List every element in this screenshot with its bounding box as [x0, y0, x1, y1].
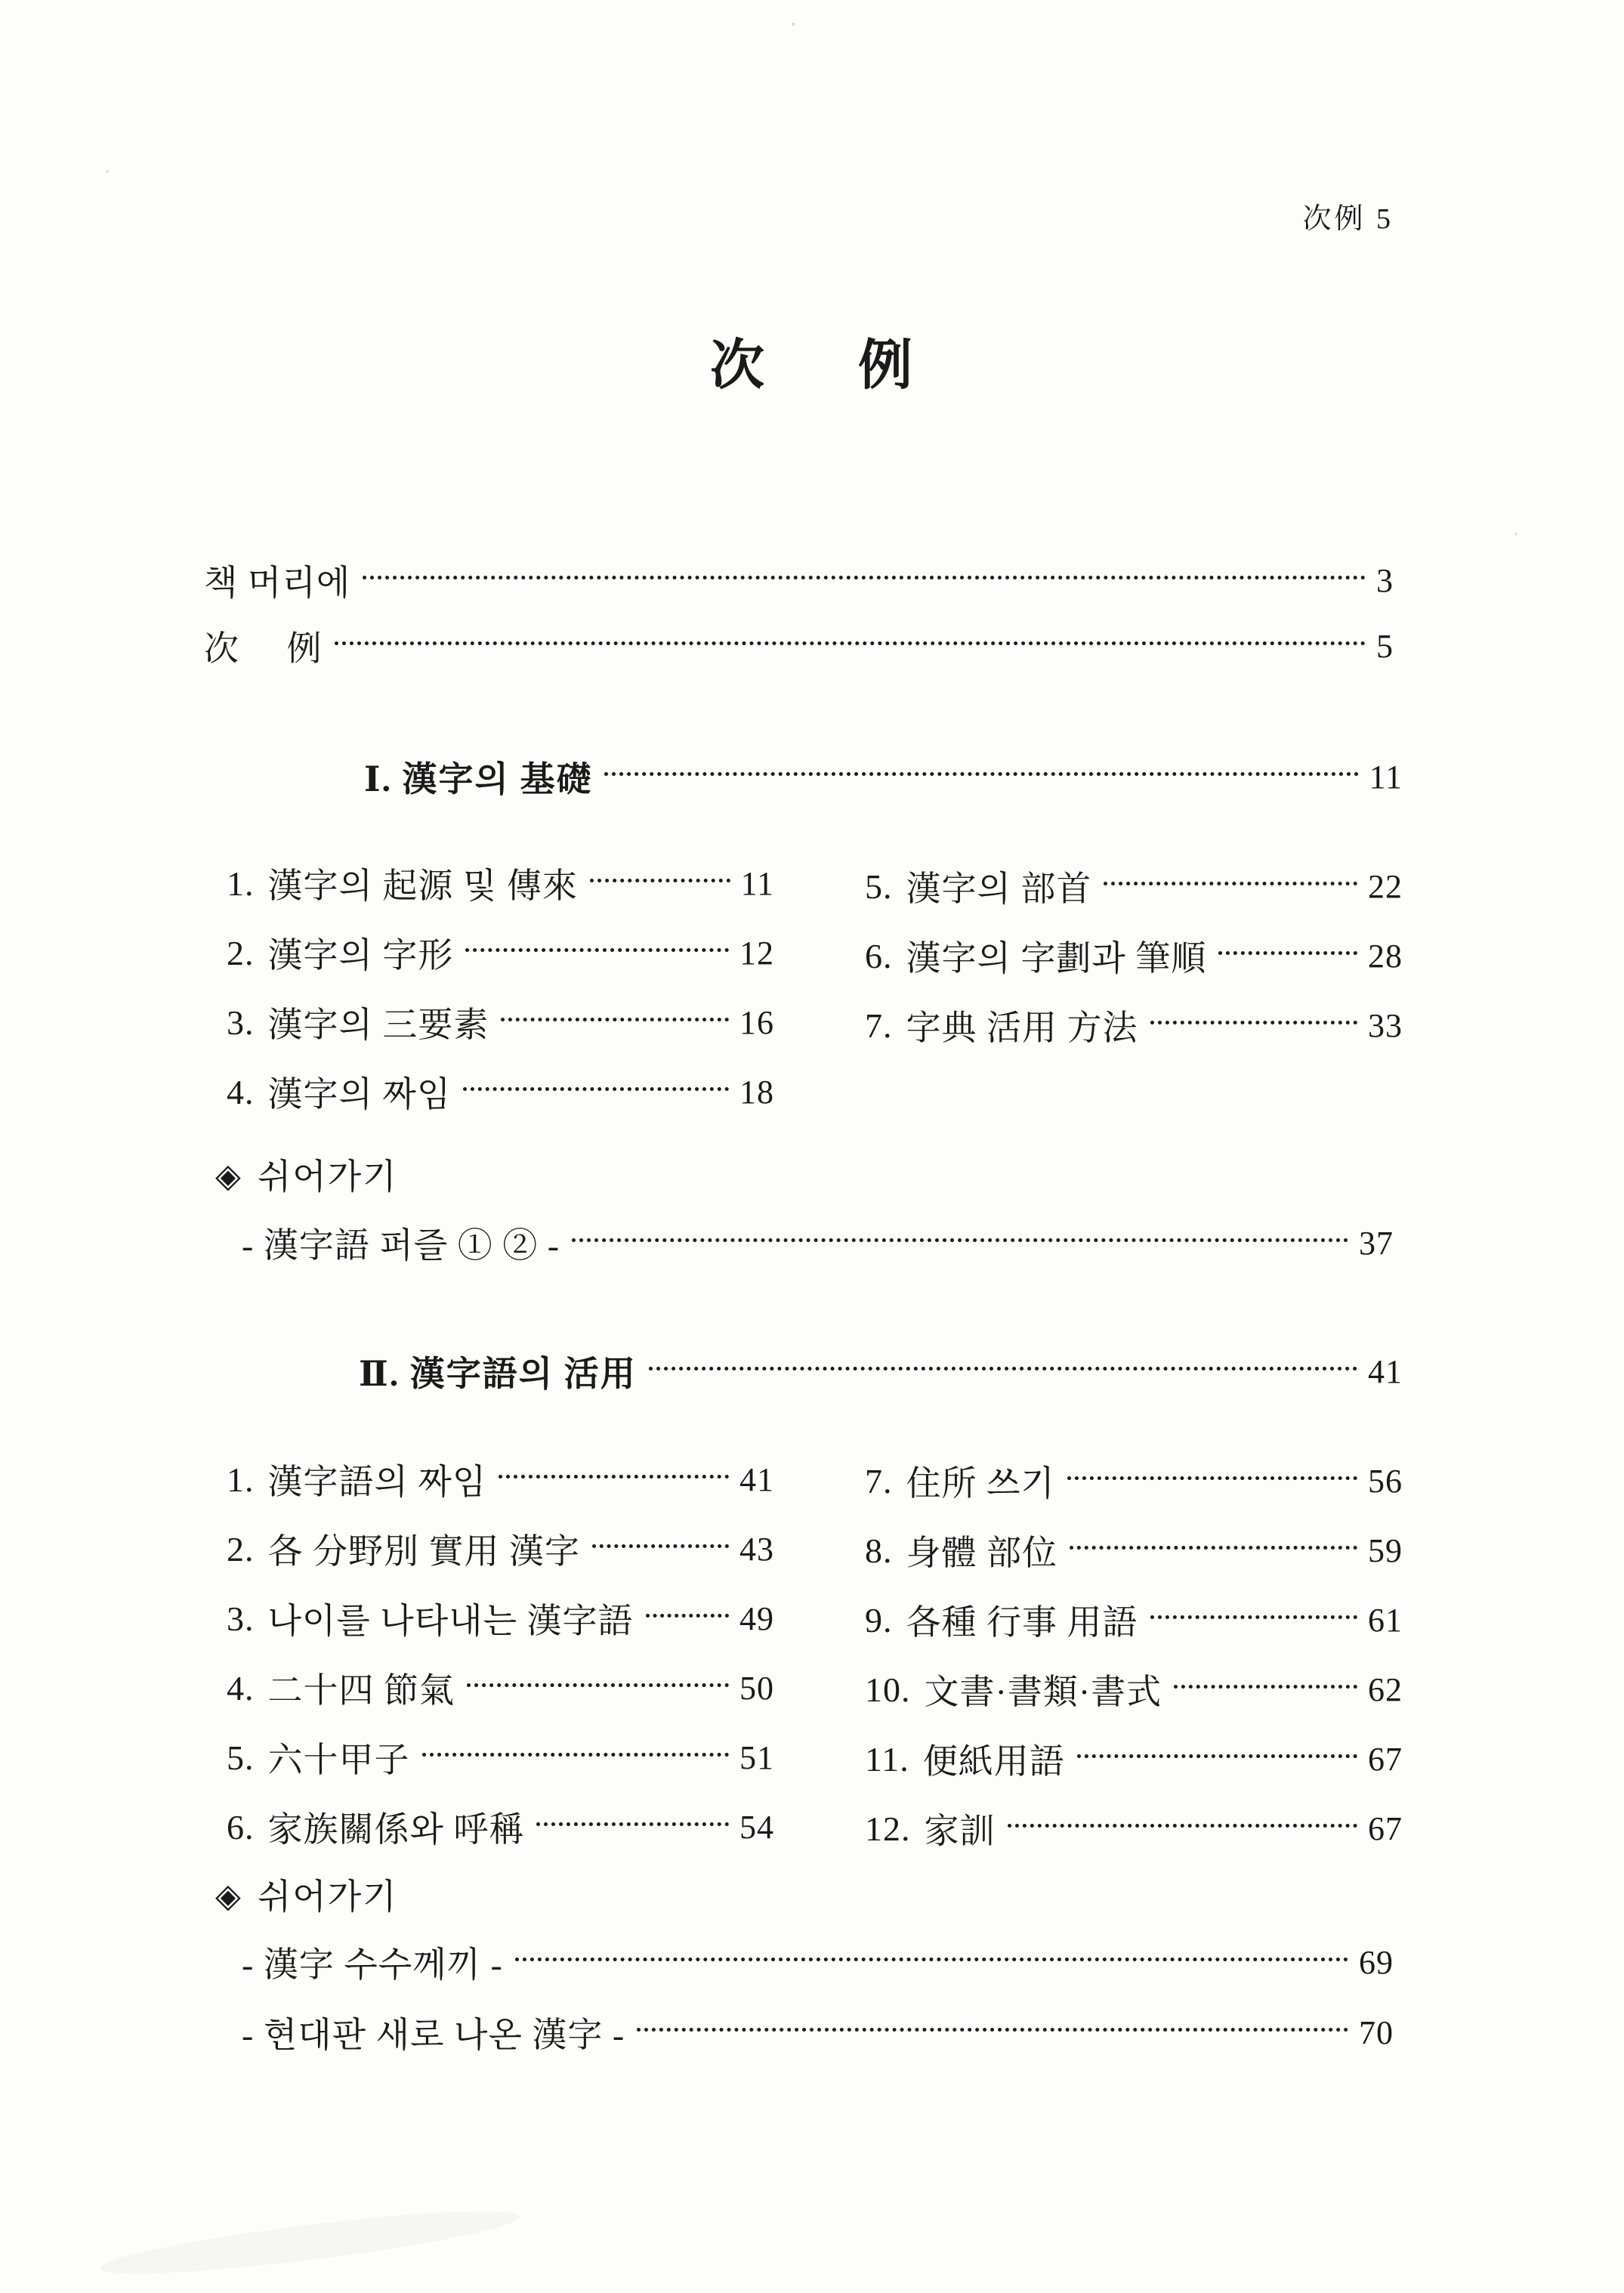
toc-entry-break-item: - 현대판 새로 나온 漢字 - 70	[242, 2013, 1394, 2052]
dot-leader	[363, 576, 1366, 579]
toc-entry-number: 4.	[227, 1668, 255, 1708]
toc-entry-label: 家訓	[925, 1803, 996, 1853]
toc-entry-label: 二十四 節氣	[268, 1663, 455, 1713]
toc-entry-page-number: 61	[1368, 1601, 1403, 1639]
dot-leader	[515, 1958, 1348, 1961]
toc-entry: 1. 漢字語의 짜임 41	[227, 1460, 774, 1499]
section2-page-number: 41	[1368, 1352, 1403, 1391]
toc-entry-label: 各 分野別 實用 漢字	[268, 1524, 581, 1574]
toc-entry-label: 便紙用語	[923, 1734, 1065, 1784]
dot-leader	[590, 879, 730, 882]
toc-entry: 3. 漢字의 三要素 16	[227, 1003, 774, 1042]
toc-entry-page-number: 51	[739, 1738, 774, 1777]
toc-entry-label: 六十甲子	[268, 1732, 410, 1782]
toc-entry-page-number: 67	[1368, 1809, 1403, 1848]
toc-entry-page-number: 50	[739, 1669, 774, 1707]
toc-entry-label: 次 例	[204, 621, 323, 671]
toc-entry: 6. 家族關係와 呼稱 54	[227, 1807, 774, 1846]
dot-leader	[1008, 1824, 1358, 1828]
toc-entry-page-number: 56	[1368, 1462, 1403, 1500]
toc-entry-label: 漢字語의 짜임	[268, 1454, 487, 1504]
dot-leader	[536, 1822, 729, 1826]
rest-break-label: 쉬어가기	[258, 1149, 398, 1199]
toc-entry: 12. 家訓 67	[865, 1809, 1403, 1848]
dot-leader	[604, 772, 1358, 776]
rest-break-heading: ◈ 쉬어가기	[215, 1873, 398, 1915]
toc-entry-label: 漢字의 字形	[268, 928, 454, 978]
toc-entry: 10. 文書·書類·書式 62	[865, 1670, 1403, 1709]
toc-entry-label: 漢字의 部首	[906, 861, 1092, 911]
toc-entry-label: 身體 部位	[906, 1525, 1058, 1575]
dot-leader	[1218, 951, 1357, 955]
dot-leader	[335, 641, 1366, 645]
dot-leader	[646, 1614, 729, 1618]
dot-leader	[1150, 1021, 1358, 1024]
section1-heading-row: Ⅰ. 漢字의 基礎 11	[364, 757, 1403, 796]
section1-heading: Ⅰ. 漢字의 基礎	[364, 752, 592, 802]
toc-entry-page-number: 28	[1368, 937, 1403, 975]
toc-entry-number: 12.	[865, 1809, 911, 1849]
toc-entry: 5. 六十甲子 51	[227, 1738, 774, 1777]
dot-leader	[1067, 1476, 1357, 1480]
toc-entry-page-number: 62	[1368, 1670, 1403, 1709]
scan-speck	[106, 170, 109, 173]
toc-entry-number: 7.	[865, 1461, 893, 1501]
dot-leader	[572, 1238, 1348, 1242]
toc-page: 次例 5 次 例 책 머리에 3 次 例 5 Ⅰ. 漢字의 基礎 11 1. 漢…	[0, 0, 1624, 2293]
toc-entry: 11. 便紙用語 67	[865, 1739, 1403, 1778]
dot-leader	[1174, 1685, 1357, 1689]
toc-entry-label: - 漢字語 퍼즐 ① ② -	[242, 1218, 560, 1268]
toc-entry-label: 字典 活用 方法	[906, 1000, 1138, 1050]
toc-entry-number: 1.	[227, 864, 255, 904]
toc-entry: 4. 漢字의 짜임 18	[227, 1072, 774, 1111]
scan-speck	[792, 23, 795, 26]
toc-entry-label: 나이를 나타내는 漢字語	[268, 1593, 634, 1643]
dot-leader	[422, 1753, 730, 1757]
toc-entry: 9. 各種 行事 用語 61	[865, 1600, 1403, 1639]
toc-entry-break-item: - 漢字 수수께끼 - 69	[242, 1942, 1394, 1982]
diamond-icon: ◈	[215, 1877, 242, 1915]
page-title-char-first: 次	[710, 321, 766, 400]
section2-heading-row: Ⅱ. 漢字語의 活用 41	[359, 1352, 1403, 1391]
rest-break-label: 쉬어가기	[258, 1869, 398, 1919]
toc-entry-break-item: - 漢字語 퍼즐 ① ② - 37	[242, 1223, 1394, 1262]
toc-entry-number: 4.	[227, 1072, 255, 1112]
toc-entry-page-number: 43	[739, 1530, 774, 1568]
toc-entry: 7. 字典 活用 方法 33	[865, 1006, 1403, 1045]
toc-entry-label: - 현대판 새로 나온 漢字 -	[242, 2007, 625, 2057]
toc-entry-page-number: 5	[1376, 627, 1394, 666]
dot-leader	[1150, 1615, 1358, 1619]
toc-entry-page-number: 41	[739, 1460, 774, 1499]
toc-entry-label: 住所 쓰기	[906, 1456, 1055, 1506]
toc-entry: 6. 漢字의 字劃과 筆順 28	[865, 936, 1403, 975]
toc-entry-label: 漢字의 三要素	[268, 997, 489, 1047]
toc-entry-label: 漢字의 起源 및 傳來	[268, 858, 578, 908]
toc-entry-number: 6.	[865, 936, 893, 976]
toc-entry-number: 10.	[865, 1670, 911, 1710]
dot-leader	[1077, 1754, 1357, 1758]
toc-entry: 8. 身體 部位 59	[865, 1531, 1403, 1570]
toc-entry: 2. 漢字의 字形 12	[227, 933, 774, 972]
toc-entry: 3. 나이를 나타내는 漢字語 49	[227, 1599, 774, 1638]
dot-leader	[467, 1683, 729, 1687]
toc-entry: 2. 各 分野別 實用 漢字 43	[227, 1529, 774, 1568]
toc-entry-page-number: 59	[1368, 1531, 1403, 1570]
toc-entry-number: 2.	[227, 933, 255, 973]
toc-entry-label: 各種 行事 用語	[906, 1595, 1138, 1645]
scan-speck	[1514, 533, 1517, 536]
rest-break-heading: ◈ 쉬어가기	[215, 1153, 398, 1195]
toc-entry-number: 7.	[865, 1006, 893, 1046]
scan-artifact	[97, 2199, 521, 2285]
running-header: 次例 5	[1302, 195, 1394, 236]
toc-entry-label: 文書·書類·書式	[925, 1664, 1162, 1714]
dot-leader	[501, 1018, 729, 1021]
toc-entry-page-number: 16	[739, 1003, 774, 1042]
toc-entry-label: 漢字의 字劃과 筆順	[906, 931, 1207, 981]
diamond-icon: ◈	[215, 1157, 242, 1195]
toc-entry-number: 1.	[227, 1460, 255, 1500]
dot-leader	[592, 1544, 729, 1548]
toc-entry-number: 5.	[227, 1738, 255, 1778]
toc-entry-label: 漢字의 짜임	[268, 1067, 452, 1117]
toc-entry-page-number: 70	[1359, 2013, 1394, 2052]
toc-entry-number: 9.	[865, 1600, 893, 1640]
dot-leader	[465, 948, 729, 952]
toc-entry-number: 3.	[227, 1599, 255, 1639]
toc-entry-front-matter: 책 머리에 3	[204, 561, 1394, 600]
toc-entry: 7. 住所 쓰기 56	[865, 1461, 1403, 1500]
toc-entry-page-number: 11	[741, 864, 774, 903]
dot-leader	[463, 1087, 729, 1091]
toc-entry-page-number: 3	[1376, 561, 1394, 600]
toc-entry-number: 6.	[227, 1807, 255, 1847]
dot-leader	[499, 1475, 729, 1479]
dot-leader	[637, 2028, 1348, 2032]
toc-entry-page-number: 12	[739, 934, 774, 972]
toc-entry: 5. 漢字의 部首 22	[865, 867, 1403, 906]
toc-entry: 4. 二十四 節氣 50	[227, 1668, 774, 1707]
toc-entry-front-matter: 次 例 5	[204, 626, 1394, 666]
toc-entry-page-number: 69	[1359, 1943, 1394, 1982]
dot-leader	[1070, 1546, 1357, 1550]
dot-leader	[1104, 882, 1357, 885]
page-title-char-second: 例	[858, 321, 914, 400]
toc-entry: 1. 漢字의 起源 및 傳來 11	[227, 864, 774, 903]
toc-entry-number: 8.	[865, 1531, 893, 1571]
toc-entry-number: 5.	[865, 867, 893, 907]
toc-entry-number: 11.	[865, 1739, 909, 1779]
toc-entry-number: 3.	[227, 1003, 255, 1043]
toc-entry-page-number: 37	[1359, 1224, 1394, 1262]
page-title: 次 例	[0, 321, 1624, 400]
toc-entry-number: 2.	[227, 1529, 255, 1569]
toc-entry-label: - 漢字 수수께끼 -	[242, 1937, 503, 1987]
toc-entry-label: 家族關係와 呼稱	[268, 1802, 525, 1852]
toc-entry-page-number: 22	[1368, 867, 1403, 906]
toc-entry-page-number: 18	[739, 1073, 774, 1111]
toc-entry-page-number: 67	[1368, 1740, 1403, 1778]
toc-entry-page-number: 33	[1368, 1006, 1403, 1045]
section2-heading: Ⅱ. 漢字語의 活用	[359, 1346, 637, 1396]
dot-leader	[649, 1367, 1357, 1371]
toc-entry-page-number: 54	[739, 1808, 774, 1846]
section1-page-number: 11	[1369, 758, 1403, 796]
toc-entry-page-number: 49	[739, 1599, 774, 1638]
toc-entry-label: 책 머리에	[204, 555, 350, 605]
